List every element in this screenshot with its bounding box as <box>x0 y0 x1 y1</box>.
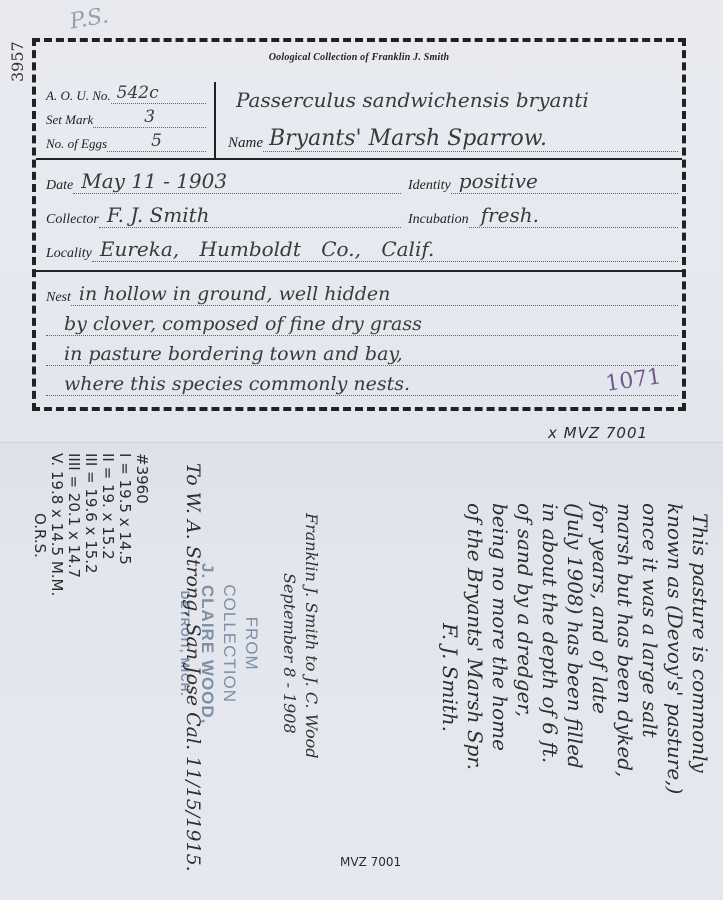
note-line: in about the depth of 6 ft. <box>537 503 562 794</box>
collector-row: Collector F. J. Smith <box>46 202 401 228</box>
nest-row-2: by clover, composed of fine dry grass <box>46 310 678 336</box>
date-row: Date May 11 - 1903 <box>46 168 401 194</box>
measurement-line: II = 19. x 15.2 <box>99 453 116 596</box>
note-line: This pasture is commonly <box>687 503 712 794</box>
nest-line: where this species commonly nests. <box>46 373 678 396</box>
nest-line: in hollow in ground, well hidden <box>71 283 678 306</box>
note-line: once it was a large salt <box>637 503 662 794</box>
nest-row-3: in pasture bordering town and bay, <box>46 340 678 366</box>
identity-row: Identity positive <box>408 168 678 194</box>
set-mark-label: Set Mark <box>46 112 93 128</box>
divider-vertical <box>214 82 216 158</box>
nest-line: in pasture bordering town and bay, <box>46 343 678 366</box>
collector-value: F. J. Smith <box>99 203 401 228</box>
scientific-name-row: Passerculus sandwichensis bryanti <box>236 82 676 112</box>
note-line: marsh but has been dyked, <box>612 503 637 794</box>
transfer-line: September 8 - 1908 <box>278 513 300 759</box>
identity-label: Identity <box>408 178 451 194</box>
note-line: for years, and of late <box>587 503 612 794</box>
locality-row: Locality Eureka, Humboldt Co., Calif. <box>46 236 678 262</box>
nest-line: by clover, composed of fine dry grass <box>46 313 678 336</box>
signature: F. J. Smith. <box>437 503 462 794</box>
aou-label: A. O. U. No. <box>46 88 111 104</box>
card-title: Oological Collection of Franklin J. Smit… <box>36 52 682 63</box>
egg-data-card-scan: 3957 P.S. Oological Collection of Frankl… <box>0 0 723 900</box>
stamp-line: FROM <box>240 563 262 724</box>
incubation-label: Incubation <box>408 212 469 228</box>
measurement-line: III = 19.6 x 15.2 <box>82 453 99 596</box>
incubation-value: fresh. <box>469 203 678 228</box>
locality-label: Locality <box>46 246 92 262</box>
eggs-label: No. of Eggs <box>46 136 107 152</box>
measurement-initials: O.R.S. <box>31 453 48 596</box>
scientific-name: Passerculus sandwichensis bryanti <box>236 88 589 112</box>
pencil-mark: P.S. <box>68 3 110 34</box>
eggs-value: 5 <box>107 131 206 152</box>
card-border: Oological Collection of Franklin J. Smit… <box>32 38 686 411</box>
set-number: #3960 <box>133 453 150 596</box>
measurement-line: I = 19.5 x 14.5 <box>116 453 133 596</box>
aou-value: 542c <box>111 83 206 104</box>
nest-label: Nest <box>46 290 71 306</box>
set-mark-value: 3 <box>93 107 206 128</box>
aou-row: A. O. U. No. 542c <box>46 82 206 104</box>
date-value: May 11 - 1903 <box>73 169 401 194</box>
divider-horizontal-2 <box>36 270 682 272</box>
transfer-line: Franklin J. Smith to J. C. Wood <box>300 513 322 759</box>
recipient-line: To W. A. Strong, San Jose Cal. 11/15/191… <box>182 463 204 872</box>
note-line: known as (Devoy's' pasture,) <box>662 503 687 794</box>
note-line: of the Bryants' Marsh Spr. <box>462 503 487 794</box>
set-mark-row: Set Mark 3 <box>46 106 206 128</box>
nest-row-4: where this species commonly nests. <box>46 370 678 396</box>
catalog-mark-bottom: MVZ 7001 <box>340 855 401 869</box>
transfer-note: Franklin J. Smith to J. C. Wood Septembe… <box>278 513 322 759</box>
catalog-mark-top: x MVZ 7001 <box>548 424 648 442</box>
locality-value: Eureka, Humboldt Co., Calif. <box>92 237 678 262</box>
incubation-row: Incubation fresh. <box>408 202 678 228</box>
name-value: Bryants' Marsh Sparrow. <box>263 126 678 152</box>
note-line: being no more the home <box>487 503 512 794</box>
data-card-back: This pasture is commonly known as (Devoy… <box>0 442 723 900</box>
name-label: Name <box>228 135 263 152</box>
name-row: Name Bryants' Marsh Sparrow. <box>228 122 678 152</box>
nest-row-1: Nest in hollow in ground, well hidden <box>46 280 678 306</box>
stamp-line: COLLECTION <box>218 563 240 724</box>
measurement-line: IIII = 20.1 x 14.7 <box>65 453 82 596</box>
data-card-front: 3957 P.S. Oological Collection of Frankl… <box>0 0 723 442</box>
margin-number: 3957 <box>8 41 27 82</box>
eggs-row: No. of Eggs 5 <box>46 130 206 152</box>
back-note: This pasture is commonly known as (Devoy… <box>437 503 712 794</box>
collector-label: Collector <box>46 212 99 228</box>
identity-value: positive <box>451 169 678 194</box>
measurement-line: V. 19.8 x 14.5 M.M. <box>48 453 65 596</box>
date-label: Date <box>46 178 73 194</box>
note-line: of sand by a dredger, <box>512 503 537 794</box>
note-line: (July 1908) has been filled <box>562 503 587 794</box>
egg-measurements: #3960 I = 19.5 x 14.5 II = 19. x 15.2 II… <box>31 453 150 596</box>
divider-horizontal <box>36 158 682 160</box>
